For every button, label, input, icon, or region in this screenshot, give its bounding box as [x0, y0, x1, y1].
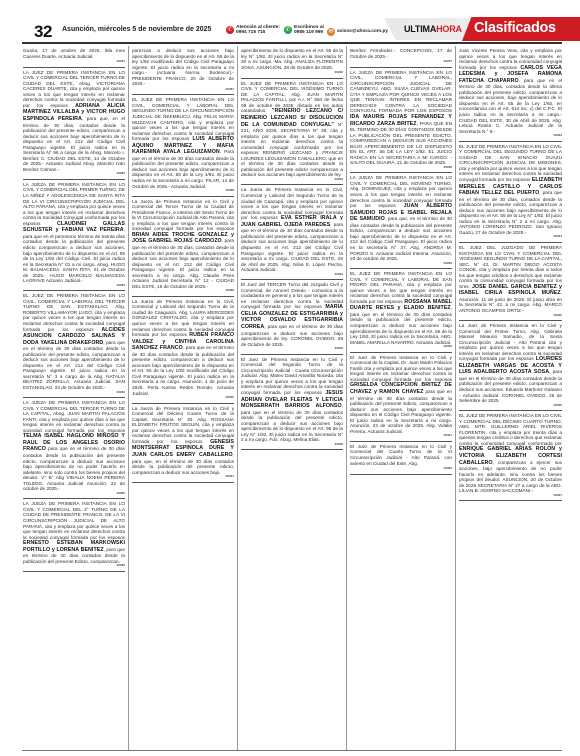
logo-red: HORA — [436, 24, 462, 34]
notice-code: 00297 — [350, 60, 452, 64]
mail-icon: ✉ — [327, 28, 335, 36]
notice-text: EL JUEZ DEL JUZGADO DE PRIMERA INSTANCIA… — [459, 245, 562, 289]
notice-text-cont: . Para que en el término de 30 días cont… — [132, 149, 234, 188]
notice-code: 00299 — [350, 262, 452, 266]
notice-code: 00286 — [23, 564, 125, 568]
legal-notice: EL JUEZ DEL JUZGADO DE PRIMERA INSTANCIA… — [459, 243, 562, 321]
notice-text-cont: N° 221, AÑO 2025, SECRETARIA N° 39, cita… — [241, 122, 343, 178]
notice-code: 00300 — [350, 345, 452, 349]
legal-notice: Juan Vicente Pereira Vera, cita y emplaz… — [459, 46, 562, 142]
contact-value: avisos@uhora.com.py — [337, 29, 388, 34]
notice-text-cont: , para que en el término de 30 días cont… — [132, 345, 234, 395]
legal-notice: apercibimiento de lo dispuesto en el Art… — [241, 46, 343, 79]
legal-notice: LA JUEZ DE PRIMERA INSTANCIA EN LO CIVIL… — [23, 68, 125, 180]
column-3: apercibimiento de lo dispuesto en el Art… — [238, 46, 347, 750]
phone-icon: ✆ — [226, 26, 234, 34]
classifieds-columns: Guaira, 17 de octubre de 2025. Ilda Ines… — [20, 46, 565, 750]
page-number: 32 — [34, 22, 52, 42]
notice-code: 00281 — [23, 60, 125, 64]
notice-code: 00287 — [132, 88, 234, 92]
legal-notice: LA JUEZA DE PRIMERA INSTANCIA EN LO CIVI… — [23, 180, 125, 291]
notice-text-cont: , para que en el término de 30 días cont… — [241, 222, 343, 272]
notice-text-cont: , para que en el término de 30 días, con… — [459, 190, 562, 235]
legal-notice: La Jueza de Primera Instancia en lo Civi… — [132, 404, 234, 483]
column-1: Guaira, 17 de octubre de 2025. Ilda Ines… — [20, 46, 129, 750]
legal-notice: La Juez de Primera Instancia en lo Civil… — [459, 321, 562, 411]
legal-notice: Benítez Fernández.- CONCEPCION, 17 de Oc… — [350, 46, 452, 68]
notice-text: LA JUEZA DE PRIMERA INSTANCIA EN LO CIVI… — [23, 501, 125, 539]
legal-notice: La Jueza de Primera Instancia en lo Civi… — [132, 197, 234, 297]
logo-black: ULTIMA — [404, 24, 436, 34]
notice-text-cont: , para que en el término de 30 días, con… — [459, 78, 562, 134]
notice-text: EL JUEZ DE PRIMERA INSTANCIA EN LO CIVIL… — [459, 413, 562, 446]
notice-code: 00292 — [241, 71, 343, 75]
section-tab-label: Clasificados — [474, 20, 556, 36]
notice-code: 00305 — [459, 314, 562, 318]
notice-code: 00293 — [241, 178, 343, 182]
legal-notice: EL JUEZ DE PRIMERA INSTANCIA EN LO CIVIL… — [459, 411, 562, 501]
notice-code: 00296 — [241, 443, 343, 447]
notice-text-cont: para que en el término de 30 días contad… — [350, 389, 452, 434]
notice-text-cont: para que en el término de 30 días contad… — [23, 446, 125, 491]
whatsapp-contact: ✆ Escribinos al0985 119 999 — [284, 25, 324, 36]
legal-notice: La Jueza de Primera Instancia en lo Civi… — [132, 297, 234, 404]
notice-text-cont: , para que en el término de 30 días cont… — [241, 403, 343, 442]
notice-code: 00306 — [459, 404, 562, 408]
legal-notice: El Juez de Primera Instancia en lo Civil… — [241, 355, 343, 451]
notice-code: 00302 — [350, 467, 452, 471]
contact-value: 0994 715 715 — [236, 30, 265, 35]
notice-names: BRIAN AIDEE TROCHE GONZALEZ y JOSE GABRI… — [132, 232, 234, 245]
legal-notice: La Jueza de Primera Instancia en lo Civi… — [241, 185, 343, 280]
legal-notice: EL JUEZ DE PRIMERA INSTANCIA EN LO CIVIL… — [132, 95, 234, 196]
notice-code: 00304 — [459, 235, 562, 239]
notice-code: 00283 — [23, 284, 125, 288]
footer-divider — [22, 750, 562, 751]
legal-notice: LA JUEZA DE PRIMERA INSTANCIA EN LO CIVI… — [350, 68, 452, 174]
legal-notice: parezcan a deducir sus acciones bajo ape… — [132, 46, 234, 95]
contact-value: 0985 119 999 — [294, 30, 323, 35]
notice-text: apercibimiento de lo dispuesto en el Art… — [241, 48, 343, 70]
legal-notice: El Juez de Primera Instancia en lo Civil… — [350, 442, 452, 475]
notice-text: EL JUEZ DE PRIMERA INSTANCIA EN LO CIVIL… — [132, 97, 234, 141]
notice-code: 00288 — [132, 189, 234, 193]
notice-text: La Jueza de Primera Instancia en lo Civi… — [132, 199, 234, 232]
legal-notice: LA JUEZA DE PRIMERA INSTANCIA EN LO CIVI… — [23, 499, 125, 572]
notice-text-cont: , para que, en el término de 30 días, co… — [23, 116, 125, 172]
column-5: Juan Vicente Pereira Vera, cita y emplaz… — [456, 46, 565, 750]
legal-notice: El Juez de Primera Instancia en lo Civil… — [350, 353, 452, 442]
notice-code: 00307 — [459, 494, 562, 498]
notice-code: 00282 — [23, 172, 125, 176]
notice-code: 00298 — [350, 166, 452, 170]
notice-code: 00301 — [350, 434, 452, 438]
notice-code: 00289 — [132, 289, 234, 293]
notice-code: 00290 — [132, 396, 234, 400]
notice-text-cont: , para que, en el término de 30 días con… — [350, 216, 452, 261]
notice-code: 00303 — [459, 134, 562, 138]
notice-code: 00295 — [241, 347, 343, 351]
column-2: parezcan a deducir sus acciones bajo ape… — [129, 46, 238, 750]
notice-text: El Juez de Primera Instancia en lo Civil… — [350, 444, 452, 466]
legal-notice: EL JUEZ DE PRIMERA INSTANCIA EN LO CIVIL… — [241, 79, 343, 186]
whatsapp-icon: ✆ — [284, 26, 292, 34]
ultimahora-logo: ULTIMAHORA — [404, 24, 462, 34]
legal-notice: EL JUEZ DE PRIMERA INSTANCIA EN LO CIVIL… — [23, 291, 125, 398]
date-line: Asunción, miércoles 5 de noviembre de 20… — [62, 26, 211, 33]
notice-text-cont: , para que en el perentorio término de t… — [23, 227, 125, 283]
legal-notice: Guaira, 17 de octubre de 2025. Ilda Ines… — [23, 46, 125, 68]
legal-notice: El Juez del TERCER Turno del Juzgado Civ… — [241, 280, 343, 355]
customer-service-contact: ✆ Atención al cliente:0994 715 715 — [226, 25, 280, 36]
notice-text: LA JUEZA DE PRIMERA INSTANCIA EN LO CIVI… — [350, 70, 452, 114]
notice-text-cont: , para que en el término de 30 días cont… — [23, 340, 125, 390]
notice-names: JOSE DANIEL GARCIA BENITEZ y ISABEL CIRI… — [459, 284, 562, 297]
notice-code: 00284 — [23, 391, 125, 395]
notice-text: LA JUEZA DE PRIMERA INSTANCIA EN LO CIVI… — [23, 182, 125, 226]
notice-text: Benítez Fernández.- CONCEPCION, 17 de Oc… — [350, 48, 452, 59]
legal-notice: LA JUEZA DE PRIMERA INSTANCIA EN LO CIVI… — [350, 173, 452, 269]
notice-text: El Juez de Primera Instancia en lo Civil… — [350, 355, 452, 382]
legal-notice: LA JUEZA DE PRIMERA INSTANCIA EN LO CIVI… — [23, 398, 125, 499]
column-4: Benítez Fernández.- CONCEPCION, 17 de Oc… — [347, 46, 456, 750]
page-header: 32 Asunción, miércoles 5 de noviembre de… — [0, 0, 580, 46]
notice-text: LA JUEZA DE PRIMERA INSTANCIA EN LO CIVI… — [23, 400, 125, 433]
notice-code: 00294 — [241, 273, 343, 277]
notice-text: Guaira, 17 de octubre de 2025. Ilda Ines… — [23, 48, 125, 59]
email-contact: ✉ avisos@uhora.com.py — [327, 28, 388, 36]
notice-code: 00291 — [132, 475, 234, 479]
notice-text: parezcan a deducir sus acciones bajo ape… — [132, 48, 234, 86]
notice-text-cont: , para que en el término de 30 días, con… — [132, 238, 234, 288]
notice-text-cont: , para que en el término de 30 días cont… — [350, 305, 452, 344]
legal-notice: EL JUEZ DE PRIMERA INSTANCIA EN LO CIVIL… — [350, 269, 452, 353]
notice-text-cont: , PARA QUE EN EL TÉRMINO DE 30 DÍAS CONT… — [350, 121, 452, 166]
header-divider — [22, 42, 562, 44]
legal-notice: EL JUEZ DE PRIMERA INSTANCIA EN LO CIVIL… — [459, 142, 562, 243]
notice-code: 00285 — [23, 492, 125, 496]
